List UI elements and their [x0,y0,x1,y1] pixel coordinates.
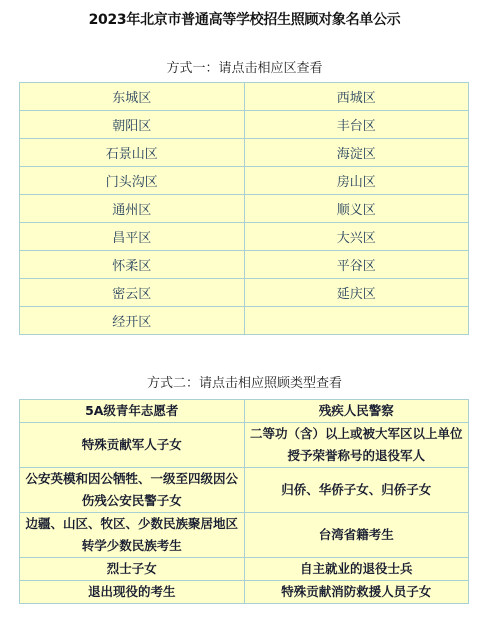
table-row: 石景山区 海淀区 [20,139,469,167]
category-link-firefighter-children[interactable]: 特殊贡献消防救援人员子女 [244,581,469,604]
table-row: 朝阳区 丰台区 [20,111,469,139]
category-label: 退出现役的考生 [22,581,242,603]
table-row: 密云区 延庆区 [20,279,469,307]
category-link-taiwan-origin[interactable]: 台湾省籍考生 [244,513,469,558]
district-link-yanqing[interactable]: 延庆区 [244,279,469,307]
category-label: 边疆、山区、牧区、少数民族聚居地区 [22,513,242,535]
method-one-label: 方式一：请点击相应区查看 [0,57,489,76]
district-link-haidian[interactable]: 海淀区 [244,139,469,167]
district-link-fangshan[interactable]: 房山区 [244,167,469,195]
category-label: 自主就业的退役士兵 [247,558,467,580]
table-row: 昌平区 大兴区 [20,223,469,251]
method-two-label: 方式二：请点击相应照顾类型查看 [0,372,489,391]
category-label: 烈士子女 [22,558,242,580]
category-label: 授予荣誉称号的退役军人 [247,445,467,467]
table-row: 退出现役的考生 特殊贡献消防救援人员子女 [20,581,469,604]
category-label: 特殊贡献军人子女 [22,434,242,456]
table-row: 特殊贡献军人子女 二等功（含）以上或被大军区以上单位 授予荣誉称号的退役军人 [20,423,469,468]
district-link-jingkai[interactable]: 经开区 [20,307,245,335]
empty-cell [244,307,469,335]
category-label: 台湾省籍考生 [247,524,467,546]
district-link-shunyi[interactable]: 顺义区 [244,195,469,223]
district-link-changping[interactable]: 昌平区 [20,223,245,251]
category-link-discharged-candidates[interactable]: 退出现役的考生 [20,581,245,604]
category-label: 伤残公安民警子女 [22,490,242,512]
table-row: 怀柔区 平谷区 [20,251,469,279]
table-row: 东城区 西城区 [20,83,469,111]
category-link-self-employed-veterans[interactable]: 自主就业的退役士兵 [244,558,469,581]
district-link-shijingshan[interactable]: 石景山区 [20,139,245,167]
district-link-miyun[interactable]: 密云区 [20,279,245,307]
table-row: 经开区 [20,307,469,335]
district-link-tongzhou[interactable]: 通州区 [20,195,245,223]
category-table: 5A级青年志愿者 残疾人民警察 特殊贡献军人子女 二等功（含）以上或被大军区以上… [19,399,469,604]
category-label: 特殊贡献消防救援人员子女 [247,581,467,603]
category-label: 二等功（含）以上或被大军区以上单位 [247,423,467,445]
district-link-huairou[interactable]: 怀柔区 [20,251,245,279]
table-row: 烈士子女 自主就业的退役士兵 [20,558,469,581]
category-link-martyr-children[interactable]: 烈士子女 [20,558,245,581]
district-link-xicheng[interactable]: 西城区 [244,83,469,111]
category-link-ethnic-minority-transfer[interactable]: 边疆、山区、牧区、少数民族聚居地区 转学少数民族考生 [20,513,245,558]
district-link-daxing[interactable]: 大兴区 [244,223,469,251]
table-row: 门头沟区 房山区 [20,167,469,195]
category-label: 5A级青年志愿者 [22,400,242,422]
category-link-decorated-veterans[interactable]: 二等功（含）以上或被大军区以上单位 授予荣誉称号的退役军人 [244,423,469,468]
category-link-overseas-chinese[interactable]: 归侨、华侨子女、归侨子女 [244,468,469,513]
table-row: 通州区 顺义区 [20,195,469,223]
district-table: 东城区 西城区 朝阳区 丰台区 石景山区 海淀区 门头沟区 房山区 通州区 顺义… [19,82,469,335]
category-link-police-hero-children[interactable]: 公安英模和因公牺牲、一级至四级因公 伤残公安民警子女 [20,468,245,513]
category-link-5a-volunteer[interactable]: 5A级青年志愿者 [20,400,245,423]
district-link-fengtai[interactable]: 丰台区 [244,111,469,139]
category-label: 转学少数民族考生 [22,535,242,557]
table-row: 边疆、山区、牧区、少数民族聚居地区 转学少数民族考生 台湾省籍考生 [20,513,469,558]
table-row: 公安英模和因公牺牲、一级至四级因公 伤残公安民警子女 归侨、华侨子女、归侨子女 [20,468,469,513]
category-label: 残疾人民警察 [247,400,467,422]
category-label: 公安英模和因公牺牲、一级至四级因公 [22,468,242,490]
page-title: 2023年北京市普通高等学校招生照顾对象名单公示 [0,9,489,29]
category-link-special-military-children[interactable]: 特殊贡献军人子女 [20,423,245,468]
category-label: 归侨、华侨子女、归侨子女 [247,479,467,501]
district-link-chaoyang[interactable]: 朝阳区 [20,111,245,139]
district-link-pinggu[interactable]: 平谷区 [244,251,469,279]
district-link-dongcheng[interactable]: 东城区 [20,83,245,111]
district-link-mentougou[interactable]: 门头沟区 [20,167,245,195]
table-row: 5A级青年志愿者 残疾人民警察 [20,400,469,423]
category-link-disabled-police[interactable]: 残疾人民警察 [244,400,469,423]
